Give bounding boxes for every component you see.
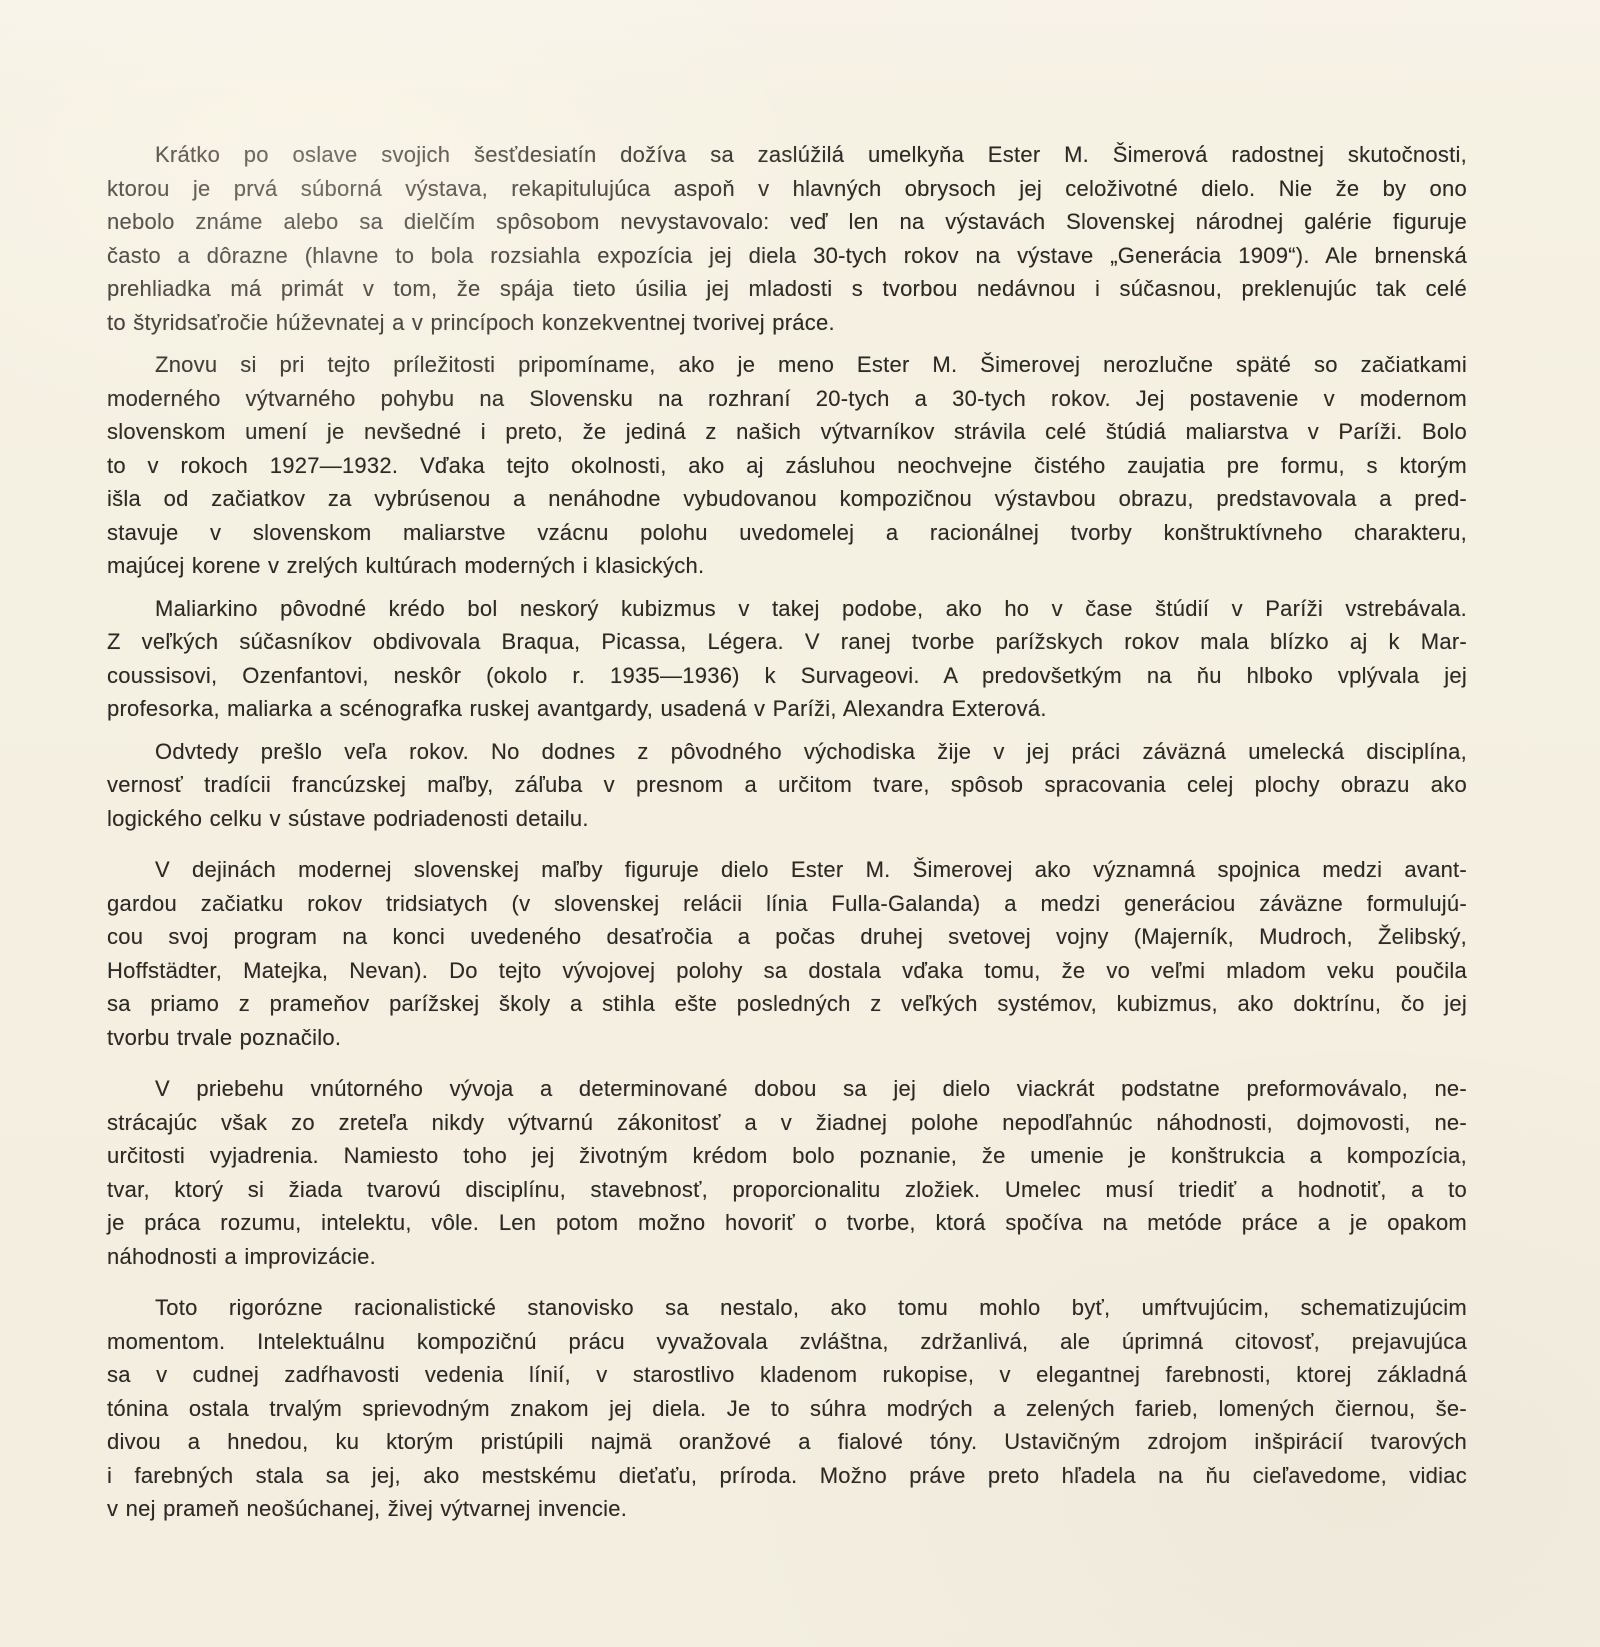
text-line: tónina ostala trvalým sprievodným znakom… <box>107 1392 1467 1426</box>
text-line: momentom. Intelektuálnu kompozičnú prácu… <box>107 1325 1467 1359</box>
paragraph: Znovu si pri tejto príležitosti pripomín… <box>107 348 1467 583</box>
paragraph: V dejinách modernej slovenskej maľby fig… <box>107 853 1467 1054</box>
text-line: nebolo známe alebo sa dielčím spôsobom n… <box>107 205 1467 239</box>
text-line: Toto rigorózne racionalistické stanovisk… <box>107 1291 1467 1325</box>
text-line: ktorou je prvá súborná výstava, rekapitu… <box>107 172 1467 206</box>
paragraph: Odvtedy prešlo veľa rokov. No dodnes z p… <box>107 735 1467 836</box>
text-line: strácajúc však zo zreteľa nikdy výtvarnú… <box>107 1106 1467 1140</box>
text-line: sa v cudnej zadŕhavosti vedenia línií, v… <box>107 1358 1467 1392</box>
text-line: moderného výtvarného pohybu na Slovensku… <box>107 382 1467 416</box>
paragraph: Maliarkino pôvodné krédo bol neskorý kub… <box>107 592 1467 726</box>
text-line: tvar, ktorý si žiada tvarovú disciplínu,… <box>107 1173 1467 1207</box>
paragraph: Toto rigorózne racionalistické stanovisk… <box>107 1291 1467 1526</box>
paragraph: Krátko po oslave svojich šesťdesiatín do… <box>107 138 1467 339</box>
text-line: išla od začiatkov za vybrúsenou a nenáho… <box>107 482 1467 516</box>
text-line: cou svoj program na konci uvedeného desa… <box>107 920 1467 954</box>
text-line: V priebehu vnútorného vývoja a determino… <box>107 1072 1467 1106</box>
text-line: náhodnosti a improvizácie. <box>107 1240 1467 1274</box>
text-line: stavuje v slovenskom maliarstve vzácnu p… <box>107 516 1467 550</box>
scanned-page: Krátko po oslave svojich šesťdesiatín do… <box>0 0 1600 1647</box>
text-line: V dejinách modernej slovenskej maľby fig… <box>107 853 1467 887</box>
document-body: Krátko po oslave svojich šesťdesiatín do… <box>107 138 1467 1526</box>
text-line: gardou začiatku rokov tridsiatych (v slo… <box>107 887 1467 921</box>
text-line: majúcej korene v zrelých kultúrach moder… <box>107 549 1467 583</box>
text-line: Maliarkino pôvodné krédo bol neskorý kub… <box>107 592 1467 626</box>
text-line: je práca rozumu, intelektu, vôle. Len po… <box>107 1206 1467 1240</box>
paragraph: V priebehu vnútorného vývoja a determino… <box>107 1072 1467 1273</box>
text-line: určitosti vyjadrenia. Namiesto toho jej … <box>107 1139 1467 1173</box>
text-line: Odvtedy prešlo veľa rokov. No dodnes z p… <box>107 735 1467 769</box>
text-line: Znovu si pri tejto príležitosti pripomín… <box>107 348 1467 382</box>
text-line: prehliadka má primát v tom, že spája tie… <box>107 272 1467 306</box>
text-line: logického celku v sústave podriadenosti … <box>107 802 1467 836</box>
text-line: slovenskom umení je nevšedné i preto, že… <box>107 415 1467 449</box>
text-line: to štyridsaťročie húževnatej a v princíp… <box>107 306 1467 340</box>
text-line: to v rokoch 1927—1932. Vďaka tejto okoln… <box>107 449 1467 483</box>
text-line: Krátko po oslave svojich šesťdesiatín do… <box>107 138 1467 172</box>
text-line: coussisovi, Ozenfantovi, neskôr (okolo r… <box>107 659 1467 693</box>
text-line: v nej prameň neošúchanej, živej výtvarne… <box>107 1492 1467 1526</box>
text-line: divou a hnedou, ku ktorým pristúpili naj… <box>107 1425 1467 1459</box>
text-line: i farebných stala sa jej, ako mestskému … <box>107 1459 1467 1493</box>
text-line: často a dôrazne (hlavne to bola rozsiahl… <box>107 239 1467 273</box>
text-line: tvorbu trvale poznačilo. <box>107 1021 1467 1055</box>
text-line: profesorka, maliarka a scénografka ruske… <box>107 692 1467 726</box>
text-line: Hoffstädter, Matejka, Nevan). Do tejto v… <box>107 954 1467 988</box>
text-line: sa priamo z prameňov parížskej školy a s… <box>107 987 1467 1021</box>
text-line: vernosť tradícii francúzskej maľby, záľu… <box>107 768 1467 802</box>
text-line: Z veľkých súčasníkov obdivovala Braqua, … <box>107 625 1467 659</box>
